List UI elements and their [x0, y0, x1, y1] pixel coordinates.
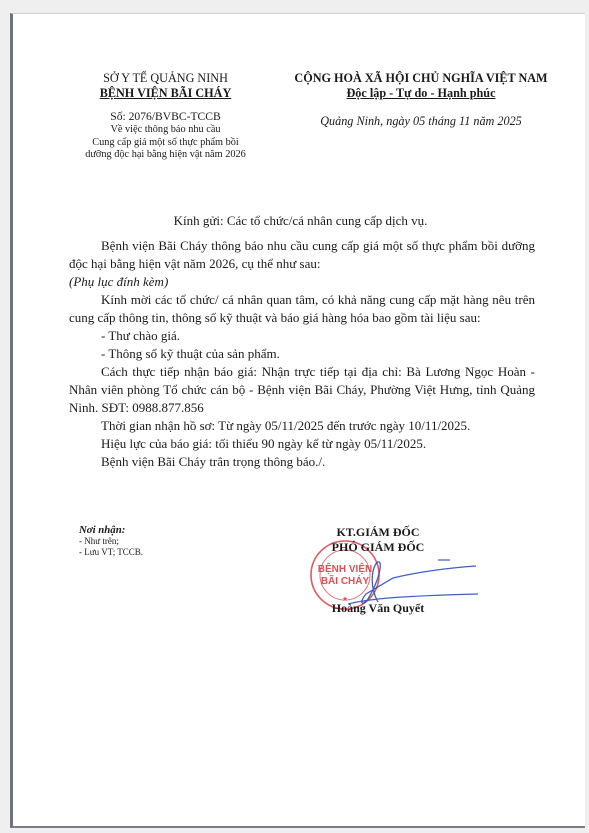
list-item: - Thư chào giá. — [69, 327, 535, 345]
subject-line-1: Về việc thông báo nhu cầu — [68, 124, 263, 137]
signer-position: PHÓ GIÁM ĐỐC — [303, 540, 453, 555]
recipient-item: - Như trên; — [79, 536, 259, 547]
list-item: - Thông số kỹ thuật của sản phẩm. — [69, 345, 535, 363]
recipients-block: Nơi nhận: - Như trên; - Lưu VT; TCCB. — [79, 524, 259, 558]
department-name: SỞ Y TẾ QUẢNG NINH — [68, 71, 263, 86]
document-page: SỞ Y TẾ QUẢNG NINH BỆNH VIỆN BÃI CHÁY Số… — [10, 13, 585, 828]
recipients-title: Nơi nhận: — [79, 524, 259, 536]
handwritten-signature-icon — [338, 554, 488, 614]
signer-title: KT.GIÁM ĐỐC — [303, 525, 453, 540]
subject-line-3: dưỡng độc hại bằng hiện vật năm 2026 — [68, 149, 263, 162]
national-header: CỘNG HOÀ XÃ HỘI CHỦ NGHĨA VIỆT NAM Độc l… — [271, 71, 571, 129]
document-number: Số: 2076/BVBC-TCCB — [68, 110, 263, 124]
issuer-header: SỞ Y TẾ QUẢNG NINH BỆNH VIỆN BÃI CHÁY Số… — [68, 71, 263, 162]
hospital-name: BỆNH VIỆN BÃI CHÁY — [68, 86, 263, 101]
body-paragraph: Hiệu lực của báo giá: tối thiểu 90 ngày … — [69, 435, 535, 453]
place-date: Quảng Ninh, ngày 05 tháng 11 năm 2025 — [271, 114, 571, 129]
salutation: Kính gửi: Các tổ chức/cá nhân cung cấp d… — [13, 213, 588, 229]
appendix-note: (Phụ lục đính kèm) — [69, 273, 535, 291]
body-paragraph: Bệnh viện Bãi Cháy trân trọng thông báo.… — [69, 453, 535, 471]
subject-line-2: Cung cấp giá một số thực phẩm bồi — [68, 137, 263, 150]
nation-title: CỘNG HOÀ XÃ HỘI CHỦ NGHĨA VIỆT NAM — [271, 71, 571, 86]
recipient-item: - Lưu VT; TCCB. — [79, 547, 259, 558]
body-paragraph: Cách thực tiếp nhận báo giá: Nhận trực t… — [69, 363, 535, 417]
body-paragraph: Kính mời các tổ chức/ cá nhân quan tâm, … — [69, 291, 535, 327]
document-body: Bệnh viện Bãi Cháy thông báo nhu cầu cun… — [69, 237, 535, 471]
body-paragraph: Bệnh viện Bãi Cháy thông báo nhu cầu cun… — [69, 237, 535, 273]
body-paragraph: Thời gian nhận hồ sơ: Từ ngày 05/11/2025… — [69, 417, 535, 435]
national-motto: Độc lập - Tự do - Hạnh phúc — [271, 86, 571, 101]
